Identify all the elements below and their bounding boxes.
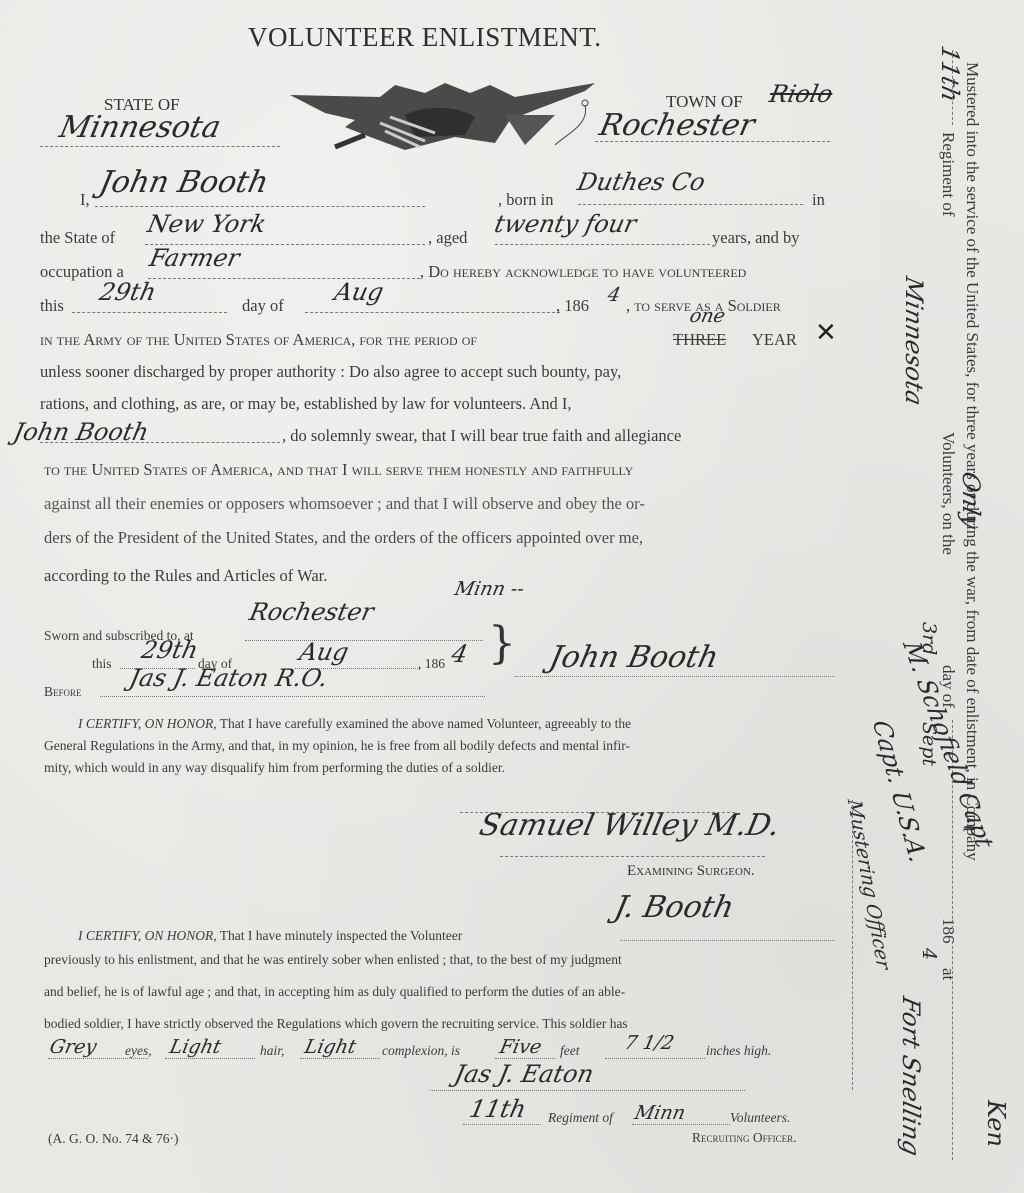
rations-line: rations, and clothing, as are, or may be… bbox=[40, 394, 572, 414]
eyes-label: eyes, bbox=[125, 1043, 152, 1059]
volunteer-field-line bbox=[620, 940, 835, 941]
hair-value: Light bbox=[168, 1036, 223, 1058]
recruiter-certify-line-4: bodied soldier, I have strictly observed… bbox=[44, 1016, 628, 1032]
margin-year-value: 4 bbox=[918, 948, 940, 960]
year-caps-label: YEAR bbox=[752, 330, 797, 350]
sworn-month-value: Aug bbox=[297, 638, 351, 666]
state-of-birth-value: New York bbox=[145, 210, 269, 238]
recruiting-officer-label: Recruiting Officer. bbox=[692, 1130, 797, 1146]
margin-regiment-of-label: Regiment of bbox=[938, 132, 958, 217]
this-label: this bbox=[40, 296, 64, 316]
town-of-struck-value: Riolo bbox=[767, 80, 835, 108]
sworn-place-value: Rochester bbox=[247, 598, 376, 626]
hair-label: hair, bbox=[260, 1043, 284, 1059]
aged-field-line bbox=[495, 244, 710, 245]
before-field-line bbox=[100, 696, 485, 697]
regiment-state-field-line bbox=[632, 1124, 730, 1125]
state-of-birth-label: the State of bbox=[40, 228, 115, 248]
to-united-states-line: to the United States of America, and tha… bbox=[44, 460, 633, 480]
sworn-place-field-line bbox=[245, 640, 483, 641]
period-struck-value: THREE bbox=[673, 330, 726, 350]
day-of-label: day of bbox=[242, 296, 284, 316]
regiment-number-field-line bbox=[463, 1124, 541, 1125]
sworn-year-prefix: , 186 bbox=[418, 656, 445, 672]
feet-field-line bbox=[495, 1058, 555, 1059]
eagle-with-flags-icon bbox=[285, 75, 615, 165]
inches-field-line bbox=[605, 1058, 705, 1059]
acknowledge-text: , Do hereby acknowledge to have voluntee… bbox=[420, 262, 746, 282]
regiment-number-value: 11th bbox=[467, 1095, 529, 1123]
year-value: 4 bbox=[606, 284, 623, 306]
surgeon-certify-line-3: mity, which would in any way disqualify … bbox=[44, 760, 505, 776]
margin-regiment-number: 11th bbox=[936, 43, 964, 105]
surgeon-certify-line-2: General Regulations in the Army, and tha… bbox=[44, 738, 630, 754]
recruiter-volunteer-signature: J. Booth bbox=[611, 890, 737, 925]
town-of-value: Rochester bbox=[596, 108, 758, 143]
oath-name-field-line bbox=[40, 442, 280, 443]
surgeon-certify-lead: I CERTIFY, ON HONOR, bbox=[78, 716, 217, 731]
sworn-day-value: 29th bbox=[139, 636, 201, 664]
margin-place-value: Fort Snelling bbox=[897, 994, 925, 1158]
feet-value: Five bbox=[498, 1036, 544, 1058]
i-label: I, bbox=[80, 190, 90, 210]
surgeon-signature: Samuel Willey M.D. bbox=[476, 808, 783, 843]
inches-value: 7 1/2 bbox=[623, 1032, 676, 1054]
margin-only-annotation: Only bbox=[957, 469, 985, 531]
born-in-field-line bbox=[578, 204, 803, 205]
sworn-year-value: 4 bbox=[449, 640, 470, 668]
day-field-line bbox=[72, 312, 227, 313]
state-of-value: Minnesota bbox=[56, 110, 224, 145]
volunteer-signature-line bbox=[515, 676, 835, 677]
surgeon-certify-line-1: I CERTIFY, ON HONOR, That I have careful… bbox=[78, 716, 631, 732]
regiment-state-value: Minn bbox=[633, 1102, 688, 1124]
margin-mustered-text: Mustered into the service of the United … bbox=[962, 62, 982, 861]
period-value: one bbox=[688, 305, 728, 327]
hair-field-line bbox=[165, 1058, 255, 1059]
form-number: (A. G. O. No. 74 & 76·) bbox=[48, 1131, 179, 1147]
orders-line: ders of the President of the United Stat… bbox=[44, 528, 643, 548]
in-label: in bbox=[812, 190, 825, 210]
sworn-this-label: this bbox=[92, 656, 112, 672]
inches-label: inches high. bbox=[706, 1043, 771, 1059]
recruiter-certify-line-2: previously to his enlistment, and that h… bbox=[44, 952, 622, 968]
margin-regiment-state-value: Minnesota bbox=[900, 274, 928, 408]
name-field-line bbox=[95, 206, 425, 207]
sworn-annotation: Minn -- bbox=[453, 578, 527, 600]
recruiting-officer-signature-line bbox=[430, 1090, 745, 1091]
day-value: 29th bbox=[97, 278, 159, 306]
recruiting-officer-signature: Jas J. Eaton bbox=[452, 1060, 596, 1088]
month-value: Aug bbox=[332, 278, 386, 306]
state-of-field-line bbox=[40, 146, 280, 147]
years-label: years, and by bbox=[712, 228, 800, 248]
volunteer-signature: John Booth bbox=[546, 640, 721, 675]
feet-label: feet bbox=[560, 1043, 580, 1059]
occupation-value: Farmer bbox=[147, 244, 242, 272]
mustering-officer-field-line bbox=[852, 800, 853, 1090]
year-prefix: , 186 bbox=[556, 296, 589, 316]
complexion-label: complexion, is bbox=[382, 1043, 460, 1059]
discharge-line: unless sooner discharged by proper autho… bbox=[40, 362, 621, 382]
surgeon-certify-text: That I have carefully examined the above… bbox=[217, 716, 631, 731]
before-label: Before bbox=[44, 684, 82, 700]
recruiter-certify-line-3: and belief, he is of lawful age ; and th… bbox=[44, 984, 625, 1000]
regiment-of-label: Regiment of bbox=[548, 1110, 613, 1126]
recruiter-certify-text: That I have minutely inspected the Volun… bbox=[217, 928, 463, 943]
eyes-value: Grey bbox=[48, 1036, 99, 1058]
volunteer-name: John Booth bbox=[96, 165, 271, 200]
complexion-field-line bbox=[300, 1058, 380, 1059]
month-field-line bbox=[305, 312, 560, 313]
born-in-label: , born in bbox=[498, 190, 553, 210]
swear-line: , do solemnly swear, that I will bear tr… bbox=[282, 426, 681, 446]
surgeon-signature-line bbox=[500, 856, 765, 857]
aged-value: twenty four bbox=[492, 210, 639, 238]
margin-at-label: at bbox=[938, 968, 958, 980]
examining-surgeon-label: Examining Surgeon. bbox=[627, 863, 755, 880]
army-text: in the Army of the United States of Amer… bbox=[40, 330, 477, 350]
document-title: VOLUNTEER ENLISTMENT. bbox=[248, 22, 601, 53]
against-line: against all their enemies or opposers wh… bbox=[44, 494, 645, 514]
x-mark-icon: ✕ bbox=[815, 318, 837, 348]
rules-line: according to the Rules and Articles of W… bbox=[44, 566, 327, 586]
before-value: Jas J. Eaton R.O. bbox=[127, 664, 330, 692]
recruiter-certify-lead: I CERTIFY, ON HONOR, bbox=[78, 928, 217, 943]
aged-label: , aged bbox=[428, 228, 467, 248]
margin-volunteers-on-label: Volunteers, on the bbox=[938, 432, 958, 555]
born-in-value: Duthes Co bbox=[575, 168, 708, 196]
bracket: } bbox=[488, 618, 516, 669]
recruiter-certify-line-1: I CERTIFY, ON HONOR, That I have minutel… bbox=[78, 928, 462, 944]
margin-year-label: 186 bbox=[938, 918, 958, 944]
margin-regiment-field-line bbox=[952, 50, 953, 125]
enlistment-form-page: VOLUNTEER ENLISTMENT. STATE OF Minnesota… bbox=[0, 0, 1024, 1193]
mustering-officer-role: Mustering Officer bbox=[843, 799, 895, 969]
volunteers-label: Volunteers. bbox=[730, 1110, 790, 1126]
complexion-value: Light bbox=[303, 1036, 358, 1058]
town-of-field-line bbox=[595, 141, 830, 142]
margin-company-value: Ken bbox=[982, 1100, 1010, 1147]
